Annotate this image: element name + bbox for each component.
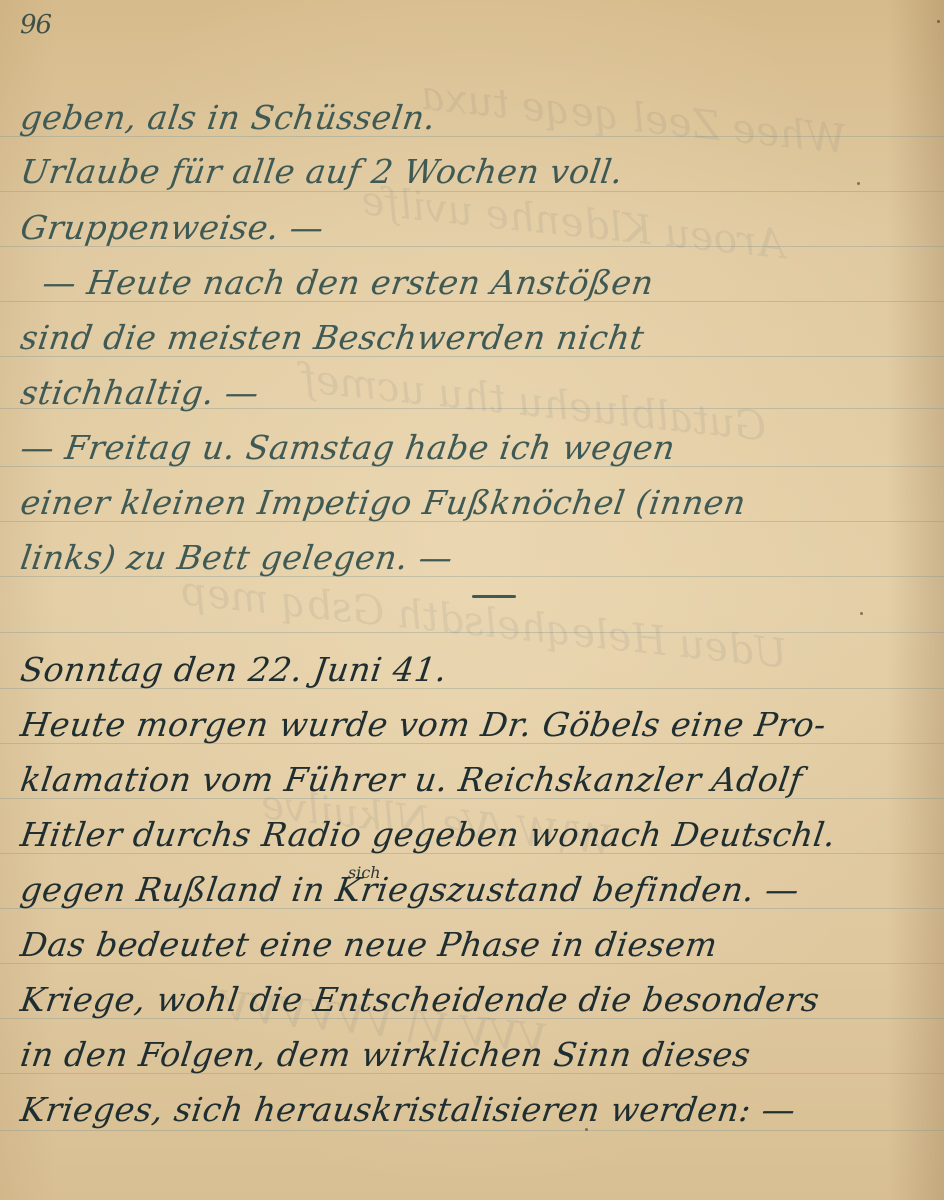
underline-stroke — [472, 595, 516, 598]
ruled-line — [0, 1130, 944, 1131]
text-line: — Heute nach den ersten Anstößen — [40, 263, 944, 303]
text-line: gegen Rußland in Kriegszustand befinden.… — [18, 870, 934, 910]
text-line: geben, als in Schüsseln. — [18, 98, 934, 138]
paper-speck — [937, 20, 940, 23]
text-line: stichhaltig. — — [18, 373, 934, 413]
date-heading: Sonntag den 22. Juni 41. — [18, 650, 934, 690]
text-line: in den Folgen, dem wirklichen Sinn diese… — [18, 1035, 934, 1075]
text-line: Kriege, wohl die Entscheidende die beson… — [18, 980, 934, 1020]
text-line: Urlaube für alle auf 2 Wochen voll. — [18, 152, 934, 192]
text-line: — Freitag u. Samstag habe ich wegen — [18, 428, 934, 468]
ruled-line — [0, 632, 944, 633]
text-line: Hitler durchs Radio gegeben wonach Deuts… — [18, 815, 934, 855]
text-line: klamation vom Führer u. Reichskanzler Ad… — [18, 760, 934, 800]
text-line: links) zu Bett gelegen. — — [18, 538, 934, 578]
text-line: einer kleinen Impetigo Fußknöchel (innen — [18, 483, 934, 523]
paper-speck — [860, 612, 863, 615]
text-line: sind die meisten Beschwerden nicht — [18, 318, 934, 358]
text-line: Das bedeutet eine neue Phase in diesem — [18, 925, 934, 965]
text-line: Gruppenweise. — — [18, 208, 934, 248]
page-number: 96 — [20, 10, 51, 40]
text-line: Heute morgen wurde vom Dr. Göbels eine P… — [18, 705, 934, 745]
diary-page: Whee Zeel qeqe tuxa Aroeu Kldenhe uvilfe… — [0, 0, 944, 1200]
text-line: Krieges, sich herauskristalisieren werde… — [18, 1090, 934, 1130]
